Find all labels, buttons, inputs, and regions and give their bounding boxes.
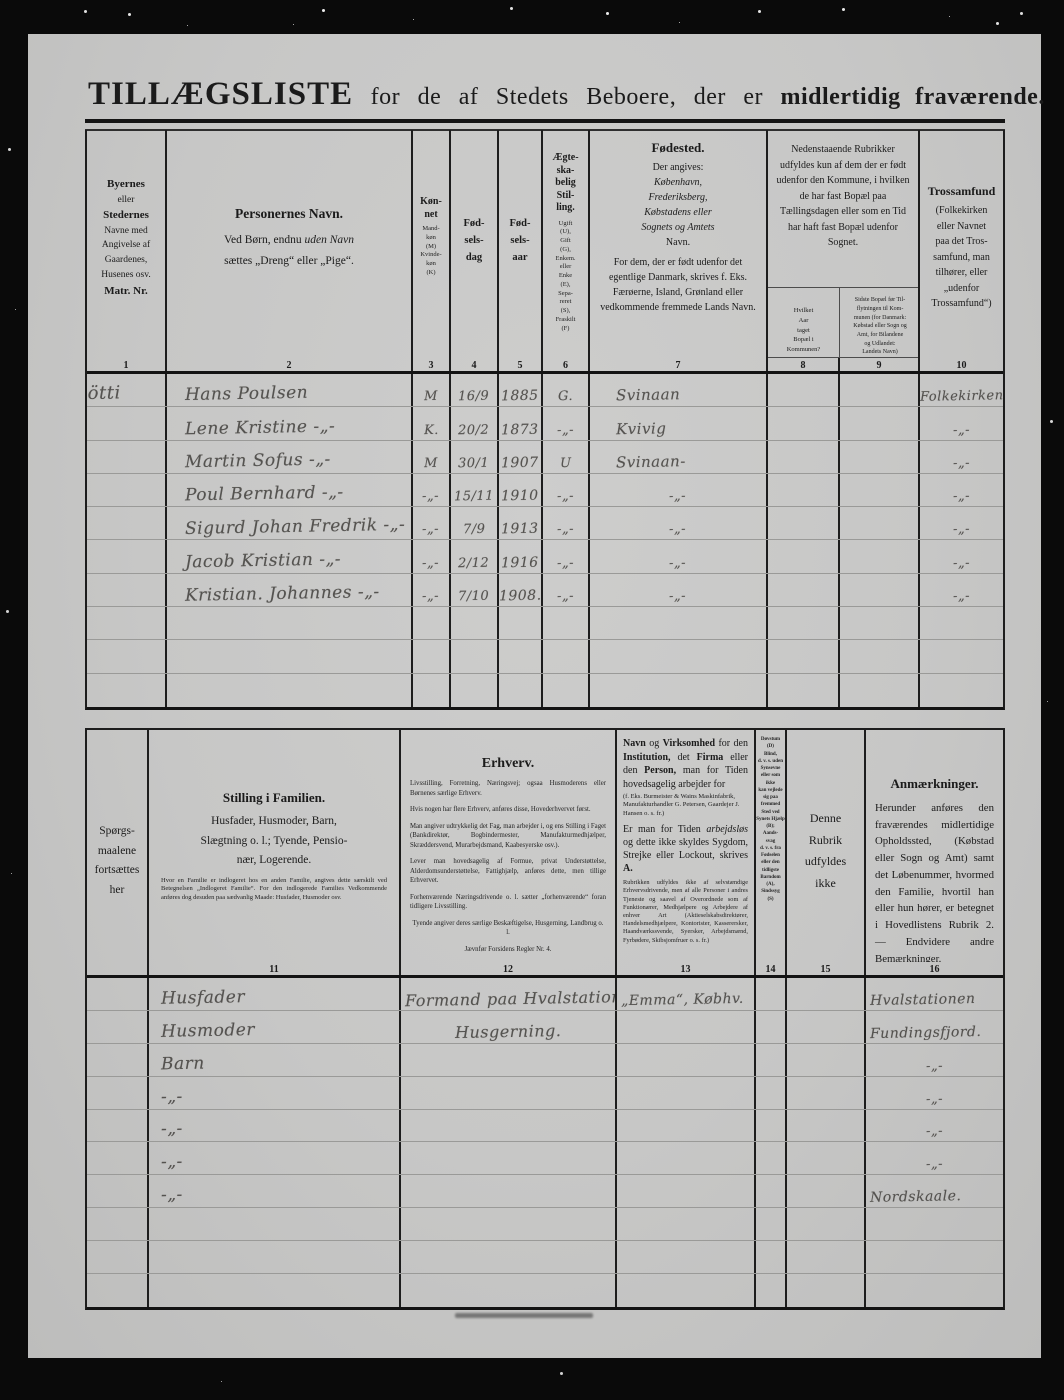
hw-birthday: 30/1 [458, 456, 489, 472]
col5-header-birthyear: Fød- sels- aar [499, 130, 543, 358]
hw-birthyear: 1873 [501, 421, 539, 438]
occupation-row: Barn -„- [87, 1044, 1003, 1077]
col3-sub: Mand- køn (M) Kvinde- køn (K) [413, 225, 449, 278]
hw-remark: Fundingsfjord. [870, 1024, 982, 1042]
hw-birthday: 15/11 [454, 489, 494, 505]
col12-paragraph: Jævnfør Forsidens Regler Nr. 4. [401, 945, 615, 955]
hw-remark: -„- [926, 1059, 943, 1074]
col14-header-disabilities: Døvstum (D) Blind, d. v. s. uden Synsevn… [756, 730, 787, 962]
col-number: 6 [543, 358, 590, 371]
col11-lines: Husfader, Husmoder, Barn, Slægtning o. l… [149, 812, 399, 871]
hw-family-position: Husfader [153, 987, 245, 1009]
col1-header-place: Byernes eller Stedernes Navne med Angive… [87, 130, 167, 358]
hw-faith: -„- [953, 422, 970, 437]
hw-remark: -„- [926, 1124, 943, 1139]
table-occupation: Spørgs- maalene fortsættes her Stilling … [85, 728, 1005, 1310]
occupation-row: -„- -„- [87, 1077, 1003, 1110]
table-occupation-header: Spørgs- maalene fortsættes her Stilling … [87, 730, 1003, 962]
hw-birthplace: Svinaan- [594, 452, 686, 472]
col16-title: Anmærkninger. [866, 776, 1003, 792]
hw-faith: Folkekirken [920, 388, 1003, 405]
col-number: 15 [787, 962, 866, 975]
hw-place: á Flötti [87, 383, 121, 405]
col9-subheader: Sidste Bopæl før Til- flytningen til Kom… [840, 288, 920, 357]
empty-row [87, 1274, 1003, 1307]
col12-paragraph: Lever man hovedsagelig af Formue, privat… [401, 857, 615, 886]
hw-family-position: Barn [153, 1053, 205, 1074]
hw-marital: G. [558, 389, 573, 404]
col13-unemployed-note: Er man for Tiden arbejdsløs og dette ikk… [623, 823, 748, 875]
col2-line: sættes „Dreng“ eller „Pige“. [167, 251, 411, 272]
col1-line: Stedernes [87, 207, 165, 224]
scanned-census-page: TILLÆGSLISTE for de af Stedets Beboere, … [0, 0, 1064, 1400]
col4-title: Fød- sels- dag [451, 216, 497, 266]
hw-birthyear: 1908. [499, 588, 541, 605]
col12-header-occupation: Erhverv. Livsstilling, Forretning, Nærin… [401, 730, 617, 962]
col8-subheader: Hvilket Aar taget Bopæl i Kommunen? [768, 288, 840, 357]
col13-fine-print: Rubrikken udfyldes ikke af selvstændige … [623, 879, 748, 944]
col11-header-family-position: Stilling i Familien. Husfader, Husmoder,… [149, 730, 401, 962]
col1-line: eller [87, 193, 165, 208]
person-row: Lene Kristine -„- K. 20/2 1873 -„- Kvivi… [87, 407, 1003, 440]
hw-marital: -„- [557, 522, 574, 537]
table-persons-column-numbers: 1 2 3 4 5 6 7 8 9 10 [87, 358, 1003, 374]
col1-line: Navne med Angivelse af Gaardenes, Husene… [87, 224, 165, 283]
hw-marital: -„- [557, 489, 574, 504]
col-number: 9 [840, 358, 920, 371]
col11-title: Stilling i Familien. [149, 790, 399, 806]
col13-seg: Institution, [623, 752, 671, 763]
printer-imprint-illegible [455, 1313, 593, 1318]
person-row: Sigurd Johan Fredrik -„- -„- 7/9 1913 -„… [87, 507, 1003, 540]
col12-paragraph: Man angiver udtrykkelig det Fag, man arb… [401, 822, 615, 851]
hw-birthday: 7/9 [463, 522, 486, 537]
person-row: Poul Bernhard -„- -„- 15/11 1910 -„- -„-… [87, 474, 1003, 507]
col2-line-italic: uden Navn [304, 234, 354, 246]
hw-marital: -„- [557, 589, 574, 604]
col13-intro: Navn og Virksomhed for den Institution, … [623, 737, 748, 791]
table-persons-header: Byernes eller Stedernes Navne med Angive… [87, 130, 1003, 358]
hw-faith: -„- [953, 489, 970, 504]
title-emphasis: midlertidig fraværende. [780, 84, 1044, 110]
hw-sex: M [424, 389, 438, 404]
side-label-questions-continue: Spørgs- maalene fortsættes her [87, 730, 149, 962]
empty-row [87, 674, 1003, 707]
hw-sex: -„- [422, 556, 439, 571]
hw-birthday: 16/9 [458, 389, 489, 405]
col13-seg: og [646, 738, 663, 749]
hw-name: Hans Poulsen [171, 383, 308, 406]
empty-row [87, 1241, 1003, 1274]
occupation-row: -„- Nordskaale. [87, 1175, 1003, 1208]
col10-header-faith: Trossamfund (Folkekirken eller Navnet pa… [920, 130, 1003, 358]
col10-sub: (Folkekirken eller Navnet paa det Tros- … [920, 203, 1003, 312]
person-row: Martin Sofus -„- M 30/1 1907 U Svinaan- … [87, 441, 1003, 474]
col-number: 11 [149, 962, 401, 975]
hw-sex: K. [423, 422, 438, 437]
col13-header-employer: Navn og Virksomhed for den Institution, … [617, 730, 756, 962]
hw-faith: -„- [953, 522, 970, 537]
col5-title: Fød- sels- aar [499, 216, 541, 266]
hw-employer: „Emma“, Købhv. [621, 991, 744, 1009]
col1-line: Byernes [87, 176, 165, 193]
col-number: 14 [756, 962, 787, 975]
col12-paragraph: Forhenværende Næringsdrivende o. l. sætt… [401, 893, 615, 912]
hw-birthyear: 1913 [501, 521, 539, 538]
hw-remark: -„- [926, 1157, 943, 1172]
col-number: 8 [768, 358, 840, 371]
col1-line: Matr. Nr. [87, 283, 165, 300]
col2-header-name: Personernes Navn. Ved Børn, endnu uden N… [167, 130, 413, 358]
col8-9-group-header: Nedenstaaende Rubrikker udfyldes kun af … [768, 130, 920, 358]
hw-birthplace: Svinaan [594, 385, 681, 405]
hw-birthyear: 1885 [501, 388, 539, 405]
col2-line: Ved Børn, endnu [224, 234, 305, 246]
hw-marital: -„- [557, 556, 574, 571]
table-occupation-body: Husfader Formand paa Hvalstationen „Emma… [87, 978, 1003, 1307]
hw-birthyear: 1910 [501, 488, 539, 505]
hw-family-position: Husmoder [153, 1020, 255, 1042]
col3-title: Køn- net [413, 196, 449, 221]
hw-name: Lene Kristine -„- [171, 416, 336, 439]
col13-seg: Firma [697, 752, 724, 763]
col-number: 12 [401, 962, 617, 975]
hw-birthplace: -„- [669, 489, 686, 504]
col16-paragraph: Herunder anføres den fraværendes midlert… [866, 800, 1003, 962]
col12-paragraph: Livsstilling, Forretning, Næringsvej; og… [401, 779, 615, 798]
hw-name: Sigurd Johan Fredrik -„- [171, 515, 406, 539]
occupation-row: -„- -„- [87, 1142, 1003, 1175]
col7-line: Der angives: [595, 160, 761, 175]
hw-name: Jacob Kristian -„- [171, 549, 341, 572]
hw-name: Poul Bernhard -„- [171, 483, 344, 506]
person-row: á Flötti Hans Poulsen M 16/9 1885 G. Svi… [87, 374, 1003, 407]
col7-header-birthplace: Fødested. Der angives: København, Freder… [590, 130, 768, 358]
hw-birthday: 7/10 [458, 589, 489, 605]
hw-remark: Hvalstationen [870, 991, 976, 1009]
person-row: Kristian. Johannes -„- -„- 7/10 1908. -„… [87, 574, 1003, 607]
hw-name: Martin Sofus -„- [171, 449, 331, 472]
hw-birthday: 2/12 [458, 555, 489, 571]
col-number: 13 [617, 962, 756, 975]
hw-sex: -„- [422, 522, 439, 537]
empty-row [87, 640, 1003, 673]
hw-occupation: Husgerning. [455, 1021, 562, 1042]
hw-family-position: -„- [153, 1185, 183, 1206]
hw-sex: -„- [422, 589, 439, 604]
col13-seg: Virksomhed [663, 738, 715, 749]
col12-paragraph: Tyende angiver deres særlige Beskæftigel… [401, 919, 615, 938]
page-title: TILLÆGSLISTE for de af Stedets Beboere, … [88, 76, 1008, 113]
hw-occupation: Formand paa Hvalstationen [405, 987, 617, 1010]
col3-header-sex: Køn- net Mand- køn (M) Kvinde- køn (K) [413, 130, 451, 358]
table-occupation-column-numbers: 11 12 13 14 15 16 [87, 962, 1003, 978]
hw-birthplace: -„- [669, 522, 686, 537]
hw-marital: U [560, 456, 572, 471]
col11-fine-print: Hvor en Familie er indlogeret hos en and… [149, 871, 399, 903]
hw-remark: Nordskaale. [870, 1188, 962, 1206]
col12-paragraph: Hvis nogen har flere Erhverv, anføres di… [401, 805, 615, 815]
col-number: 5 [499, 358, 543, 371]
hw-birthyear: 1916 [501, 554, 539, 571]
col-number: 2 [167, 358, 413, 371]
occupation-row: -„- -„- [87, 1110, 1003, 1143]
col7-title: Fødested. [595, 140, 761, 156]
title-main: TILLÆGSLISTE [88, 76, 353, 112]
hw-family-position: -„- [153, 1086, 183, 1107]
col4-header-birthday: Fød- sels- dag [451, 130, 499, 358]
col13-seg: for den [715, 738, 748, 749]
hw-faith: -„- [953, 556, 970, 571]
hw-birthplace: -„- [669, 556, 686, 571]
col7-line: Navn. [595, 235, 761, 250]
hw-name: Kristian. Johannes -„- [171, 582, 380, 606]
col12-title: Erhverv. [401, 756, 615, 772]
col2-title: Personernes Navn. [167, 206, 411, 222]
col-number: 16 [866, 962, 1003, 975]
hw-birthday: 20/2 [458, 422, 489, 438]
scan-noise-specks [0, 0, 3, 3]
hw-remark: -„- [926, 1091, 943, 1106]
empty-row [87, 607, 1003, 640]
hw-sex: M [424, 456, 438, 471]
hw-family-position: -„- [153, 1119, 183, 1140]
hw-family-position: -„- [153, 1152, 183, 1173]
table-persons-body: á Flötti Hans Poulsen M 16/9 1885 G. Svi… [87, 374, 1003, 707]
paper-sheet: TILLÆGSLISTE for de af Stedets Beboere, … [28, 34, 1041, 1358]
hw-birthplace: -„- [669, 589, 686, 604]
col-number: 3 [413, 358, 451, 371]
title-mid: for de af Stedets Beboere, der er [353, 84, 780, 110]
hw-marital: -„- [557, 422, 574, 437]
occupation-row: Husmoder Husgerning. Fundingsfjord. [87, 1011, 1003, 1044]
col-number: 4 [451, 358, 499, 371]
hw-faith: -„- [953, 456, 970, 471]
hw-birthyear: 1907 [501, 455, 539, 472]
empty-row [87, 1208, 1003, 1241]
col6-title: Ægte- ska- belig Stil- ling. [543, 152, 588, 215]
col6-header-marital: Ægte- ska- belig Stil- ling. Ugift (U), … [543, 130, 590, 358]
col-number: 7 [590, 358, 768, 371]
hw-birthplace: Kvivig [594, 419, 667, 438]
col7-italic-lines: København, Frederiksberg, Købstadens ell… [595, 175, 761, 235]
hw-faith: -„- [953, 589, 970, 604]
col8-9-note: Nedenstaaende Rubrikker udfyldes kun af … [768, 130, 918, 287]
col-number: 1 [87, 358, 167, 371]
col13-seg: Navn [623, 738, 646, 749]
col-number: 10 [920, 358, 1003, 371]
col10-title: Trossamfund [920, 184, 1003, 199]
col8-9-subheaders: Hvilket Aar taget Bopæl i Kommunen? Sids… [768, 287, 918, 358]
col13-examples: (f. Eks. Burmeister & Wains Maskinfabrik… [623, 793, 748, 818]
col15-header-not-filled: Denne Rubrik udfyldes ikke [787, 730, 866, 962]
col7-paragraph: For dem, der er født udenfor det egentli… [595, 255, 761, 315]
col13-seg: det [671, 752, 697, 763]
col6-sub: Ugift (U), Gift (G), Enkem. eller Enke (… [543, 220, 588, 334]
person-row: Jacob Kristian -„- -„- 2/12 1916 -„- -„-… [87, 540, 1003, 573]
hw-sex: -„- [422, 489, 439, 504]
col13-seg: Person, [644, 765, 676, 776]
occupation-row: Husfader Formand paa Hvalstationen „Emma… [87, 978, 1003, 1011]
col16-header-remarks: Anmærkninger. Herunder anføres den fravæ… [866, 730, 1003, 962]
table-persons: Byernes eller Stedernes Navne med Angive… [85, 130, 1005, 710]
